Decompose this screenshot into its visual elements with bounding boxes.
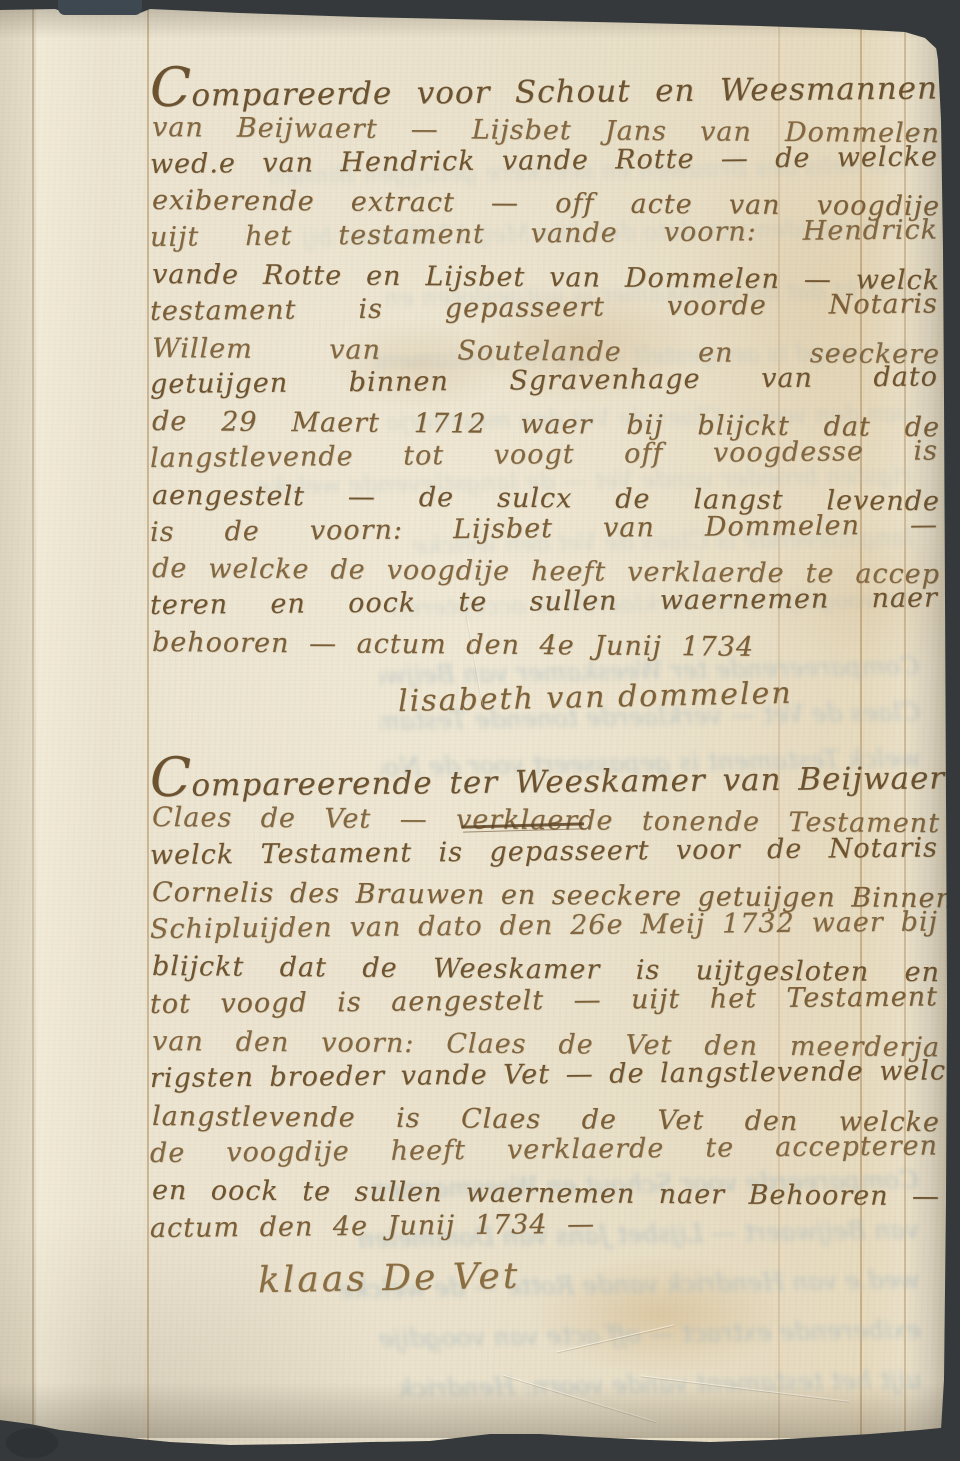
manuscript-line: behooren — actum den 4e Junij 1734 (152, 626, 940, 669)
page-fold-highlight (36, 0, 106, 1461)
manuscript-line: langstlevende tot voogt off voogdesse is (150, 434, 938, 478)
manuscript-line: getuijgen binnen Sgravenhage van dato (150, 361, 938, 405)
manuscript-line: de voogdije heeft verklaerde te accepter… (150, 1129, 938, 1174)
manuscript-line: welck Testament is gepasseert voor de No… (150, 831, 938, 876)
act-entry-2: Compareerende ter Weeskamer van Beijwaer… (150, 764, 938, 1249)
manuscript-line: teren en oock te sullen waernemen naer (150, 582, 938, 626)
page-fold-crease (32, 0, 34, 1461)
manuscript-line: tot voogd is aengestelt — uijt het Testa… (150, 980, 938, 1025)
manuscript-line: is de voorn: Lijsbet van Dommelen — (150, 508, 938, 552)
signature-klaas-de-vet: klaas De Vet (258, 1256, 521, 1302)
book-spine-edge (58, 0, 142, 15)
paper-stain (530, 1255, 790, 1375)
torn-edge-shadow-bottom (0, 1368, 960, 1438)
margin-ruling-left (147, 0, 149, 1461)
manuscript-line: Compareerde voor Schout en Weesmannen (150, 66, 938, 110)
manuscript-line: wed.e van Hendrick vande Rotte — de welc… (150, 140, 938, 184)
manuscript-line: actum den 4e Junij 1734 — (150, 1204, 938, 1249)
manuscript-line: testament is gepasseert voorde Notaris (150, 287, 938, 331)
manuscript-line: Compareerende ter Weeskamer van Beijwaer… (150, 756, 938, 801)
binding-shadow-blob (6, 1428, 58, 1458)
manuscript-line: rigsten broeder vande Vet — de langstlev… (150, 1055, 938, 1100)
manuscript-page: Cornelis des Brauwen en seeckere getuijg… (0, 0, 960, 1461)
act-entry-1: Compareerde voor Schout en Weesmannen va… (150, 74, 938, 663)
manuscript-line: uijt het testament vande voorn: Hendrick (150, 214, 938, 258)
manuscript-line: Schipluijden van dato den 26e Meij 1732 … (150, 906, 938, 951)
